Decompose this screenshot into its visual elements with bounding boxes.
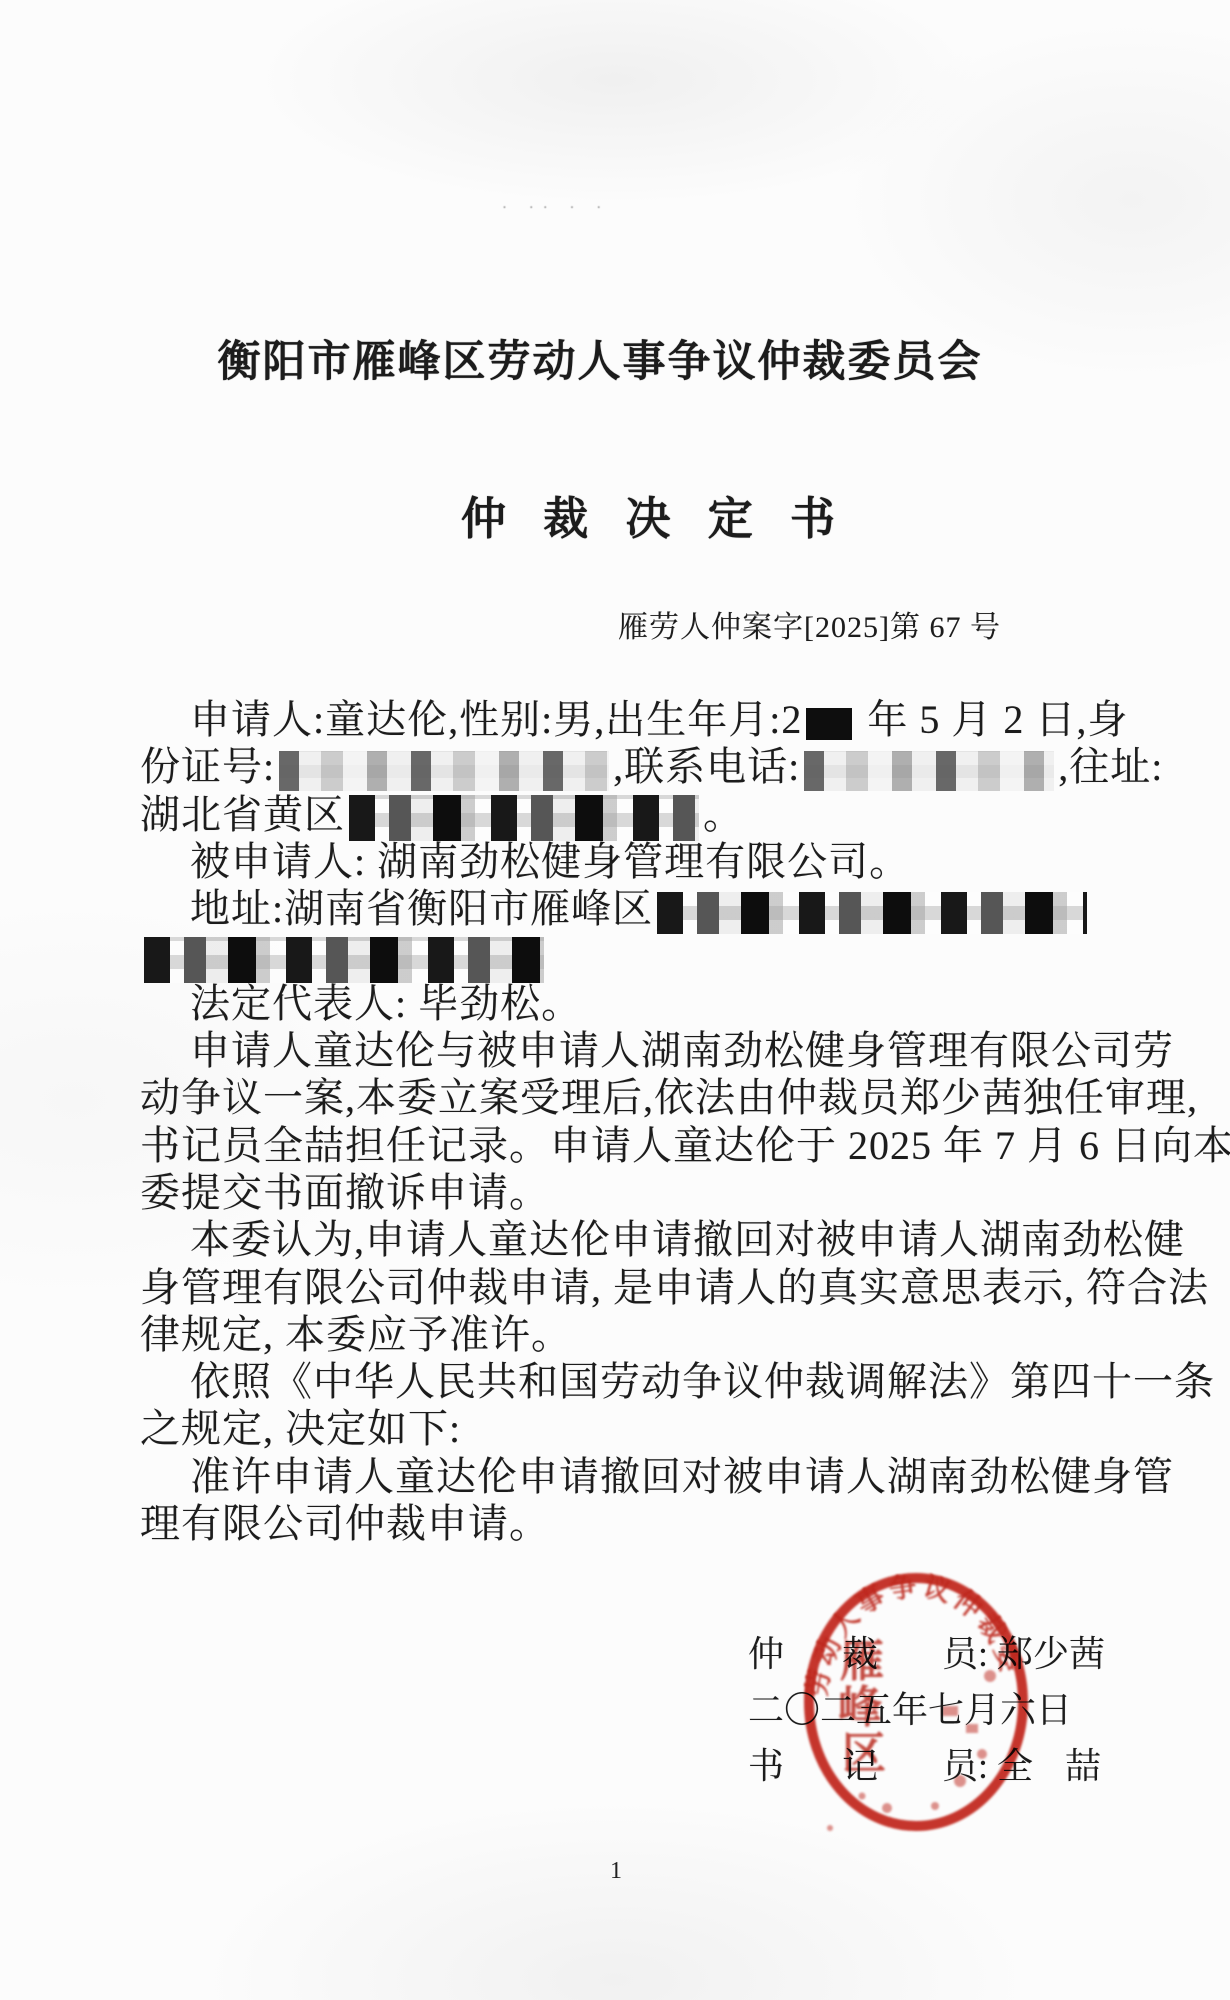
text-segment: 动争议一案,本委立案受理后,依法由仲裁员郑少茜独任审理, [140, 1075, 1198, 1120]
body-text: 申请人:童达伦,性别:男,出生年月:2 年 5 月 2 日,身份证号:,联系电话… [140, 696, 1196, 1547]
text-segment: ,联系电话: [613, 744, 800, 789]
text-segment: 记 [842, 1746, 878, 1786]
scan-smudge: · ·· · · [502, 200, 662, 216]
page-number: 1 [596, 1858, 636, 1885]
body-line: 被申请人: 湖南劲松健身管理有限公司。 [140, 838, 1196, 885]
redaction-mosaic-dark [349, 795, 699, 841]
spacing-gap [1037, 1765, 1061, 1775]
body-line: 准许申请人童达伦申请撤回对被申请人湖南劲松健身管 [140, 1453, 1196, 1500]
text-segment: 喆 [1065, 1746, 1101, 1786]
text-segment: 依照《中华人民共和国劳动争议仲裁调解法》第四十一条 [190, 1359, 1215, 1404]
redaction-mosaic-light [279, 751, 609, 791]
text-segment: 法定代表人: 毕劲松。 [190, 981, 582, 1026]
text-segment: 地址:湖南省衡阳市雁峰区 [190, 886, 653, 931]
signature-block: 仲裁员: 郑少茜二〇二五年七月六日书记员: 全喆 [748, 1626, 1178, 1794]
document-title: 衡阳市雁峰区劳动人事争议仲裁委员会 [80, 328, 1120, 389]
body-line: 理有限公司仲裁申请。 [140, 1500, 1196, 1547]
body-line: 法定代表人: 毕劲松。 [140, 980, 1196, 1027]
text-segment: 裁 [842, 1634, 878, 1674]
body-line: 份证号:,联系电话:,往址: [140, 743, 1196, 790]
signature-line: 二〇二五年七月六日 [748, 1682, 1178, 1738]
body-line: 湖北省黄区。 [140, 791, 1196, 838]
text-segment: 书 [748, 1746, 784, 1786]
spacing-gap [788, 1653, 838, 1663]
spacing-gap [882, 1765, 938, 1775]
document-subtitle: 仲 裁 决 定 书 [80, 482, 1220, 547]
redaction-black [806, 708, 852, 740]
text-segment: 。 [703, 792, 744, 837]
redaction-mosaic-light [804, 751, 1054, 791]
spacing-gap [882, 1653, 938, 1663]
text-segment: 理有限公司仲裁申请。 [140, 1501, 550, 1546]
case-number: 雁劳人仲案字[2025]第 67 号 [618, 602, 1038, 646]
text-segment: 本委认为,申请人童达伦申请撤回对被申请人湖南劲松健 [190, 1217, 1185, 1262]
text-segment: 申请人:童达伦,性别:男,出生年月:2 [190, 697, 802, 742]
redaction-mosaic-dark [657, 892, 1087, 934]
body-line: 动争议一案,本委立案受理后,依法由仲裁员郑少茜独任审理, [140, 1074, 1196, 1121]
text-segment: 委提交书面撤诉申请。 [140, 1170, 550, 1215]
text-segment: 二〇二五年七月六日 [748, 1690, 1072, 1730]
text-segment: 之规定, 决定如下: [140, 1406, 461, 1451]
body-line: 身管理有限公司仲裁申请, 是申请人的真实意思表示, 符合法 [140, 1264, 1196, 1311]
text-segment: 员: 全 [942, 1746, 1033, 1786]
body-line: 之规定, 决定如下: [140, 1405, 1196, 1452]
text-segment: 湖北省黄区 [140, 792, 345, 837]
text-segment: 申请人童达伦与被申请人湖南劲松健身管理有限公司劳 [190, 1028, 1174, 1073]
text-segment: 身管理有限公司仲裁申请, 是申请人的真实意思表示, 符合法 [140, 1265, 1209, 1310]
text-segment: 书记员全喆担任记录。申请人童达伦于 2025 年 7 月 6 日向本 [140, 1123, 1230, 1168]
spacing-gap [788, 1765, 838, 1775]
body-line: 律规定, 本委应予准许。 [140, 1311, 1196, 1358]
text-segment: 准许申请人童达伦申请撤回对被申请人湖南劲松健身管 [190, 1454, 1174, 1499]
body-line: 书记员全喆担任记录。申请人童达伦于 2025 年 7 月 6 日向本 [140, 1122, 1196, 1169]
text-segment: 被申请人: 湖南劲松健身管理有限公司。 [190, 839, 910, 884]
body-line: 申请人童达伦与被申请人湖南劲松健身管理有限公司劳 [140, 1027, 1196, 1074]
body-line: 地址:湖南省衡阳市雁峰区 [140, 885, 1196, 932]
text-segment: 仲 [748, 1634, 784, 1674]
text-segment: ,往址: [1058, 744, 1163, 789]
body-line: 委提交书面撤诉申请。 [140, 1169, 1196, 1216]
text-segment: 律规定, 本委应予准许。 [140, 1312, 572, 1357]
document-page: · ·· · · 衡阳市雁峰区劳动人事争议仲裁委员会 仲 裁 决 定 书 雁劳人… [0, 0, 1230, 2000]
body-line [140, 932, 1196, 979]
body-line: 依照《中华人民共和国劳动争议仲裁调解法》第四十一条 [140, 1358, 1196, 1405]
body-line: 申请人:童达伦,性别:男,出生年月:2 年 5 月 2 日,身 [140, 696, 1196, 743]
signature-line: 书记员: 全喆 [748, 1738, 1178, 1794]
text-segment: 年 5 月 2 日,身 [856, 697, 1128, 742]
text-segment: 份证号: [140, 744, 275, 789]
body-line: 本委认为,申请人童达伦申请撤回对被申请人湖南劲松健 [140, 1216, 1196, 1263]
text-segment: 员: 郑少茜 [942, 1634, 1105, 1674]
signature-line: 仲裁员: 郑少茜 [748, 1626, 1178, 1682]
redaction-mosaic-dark [144, 937, 544, 983]
